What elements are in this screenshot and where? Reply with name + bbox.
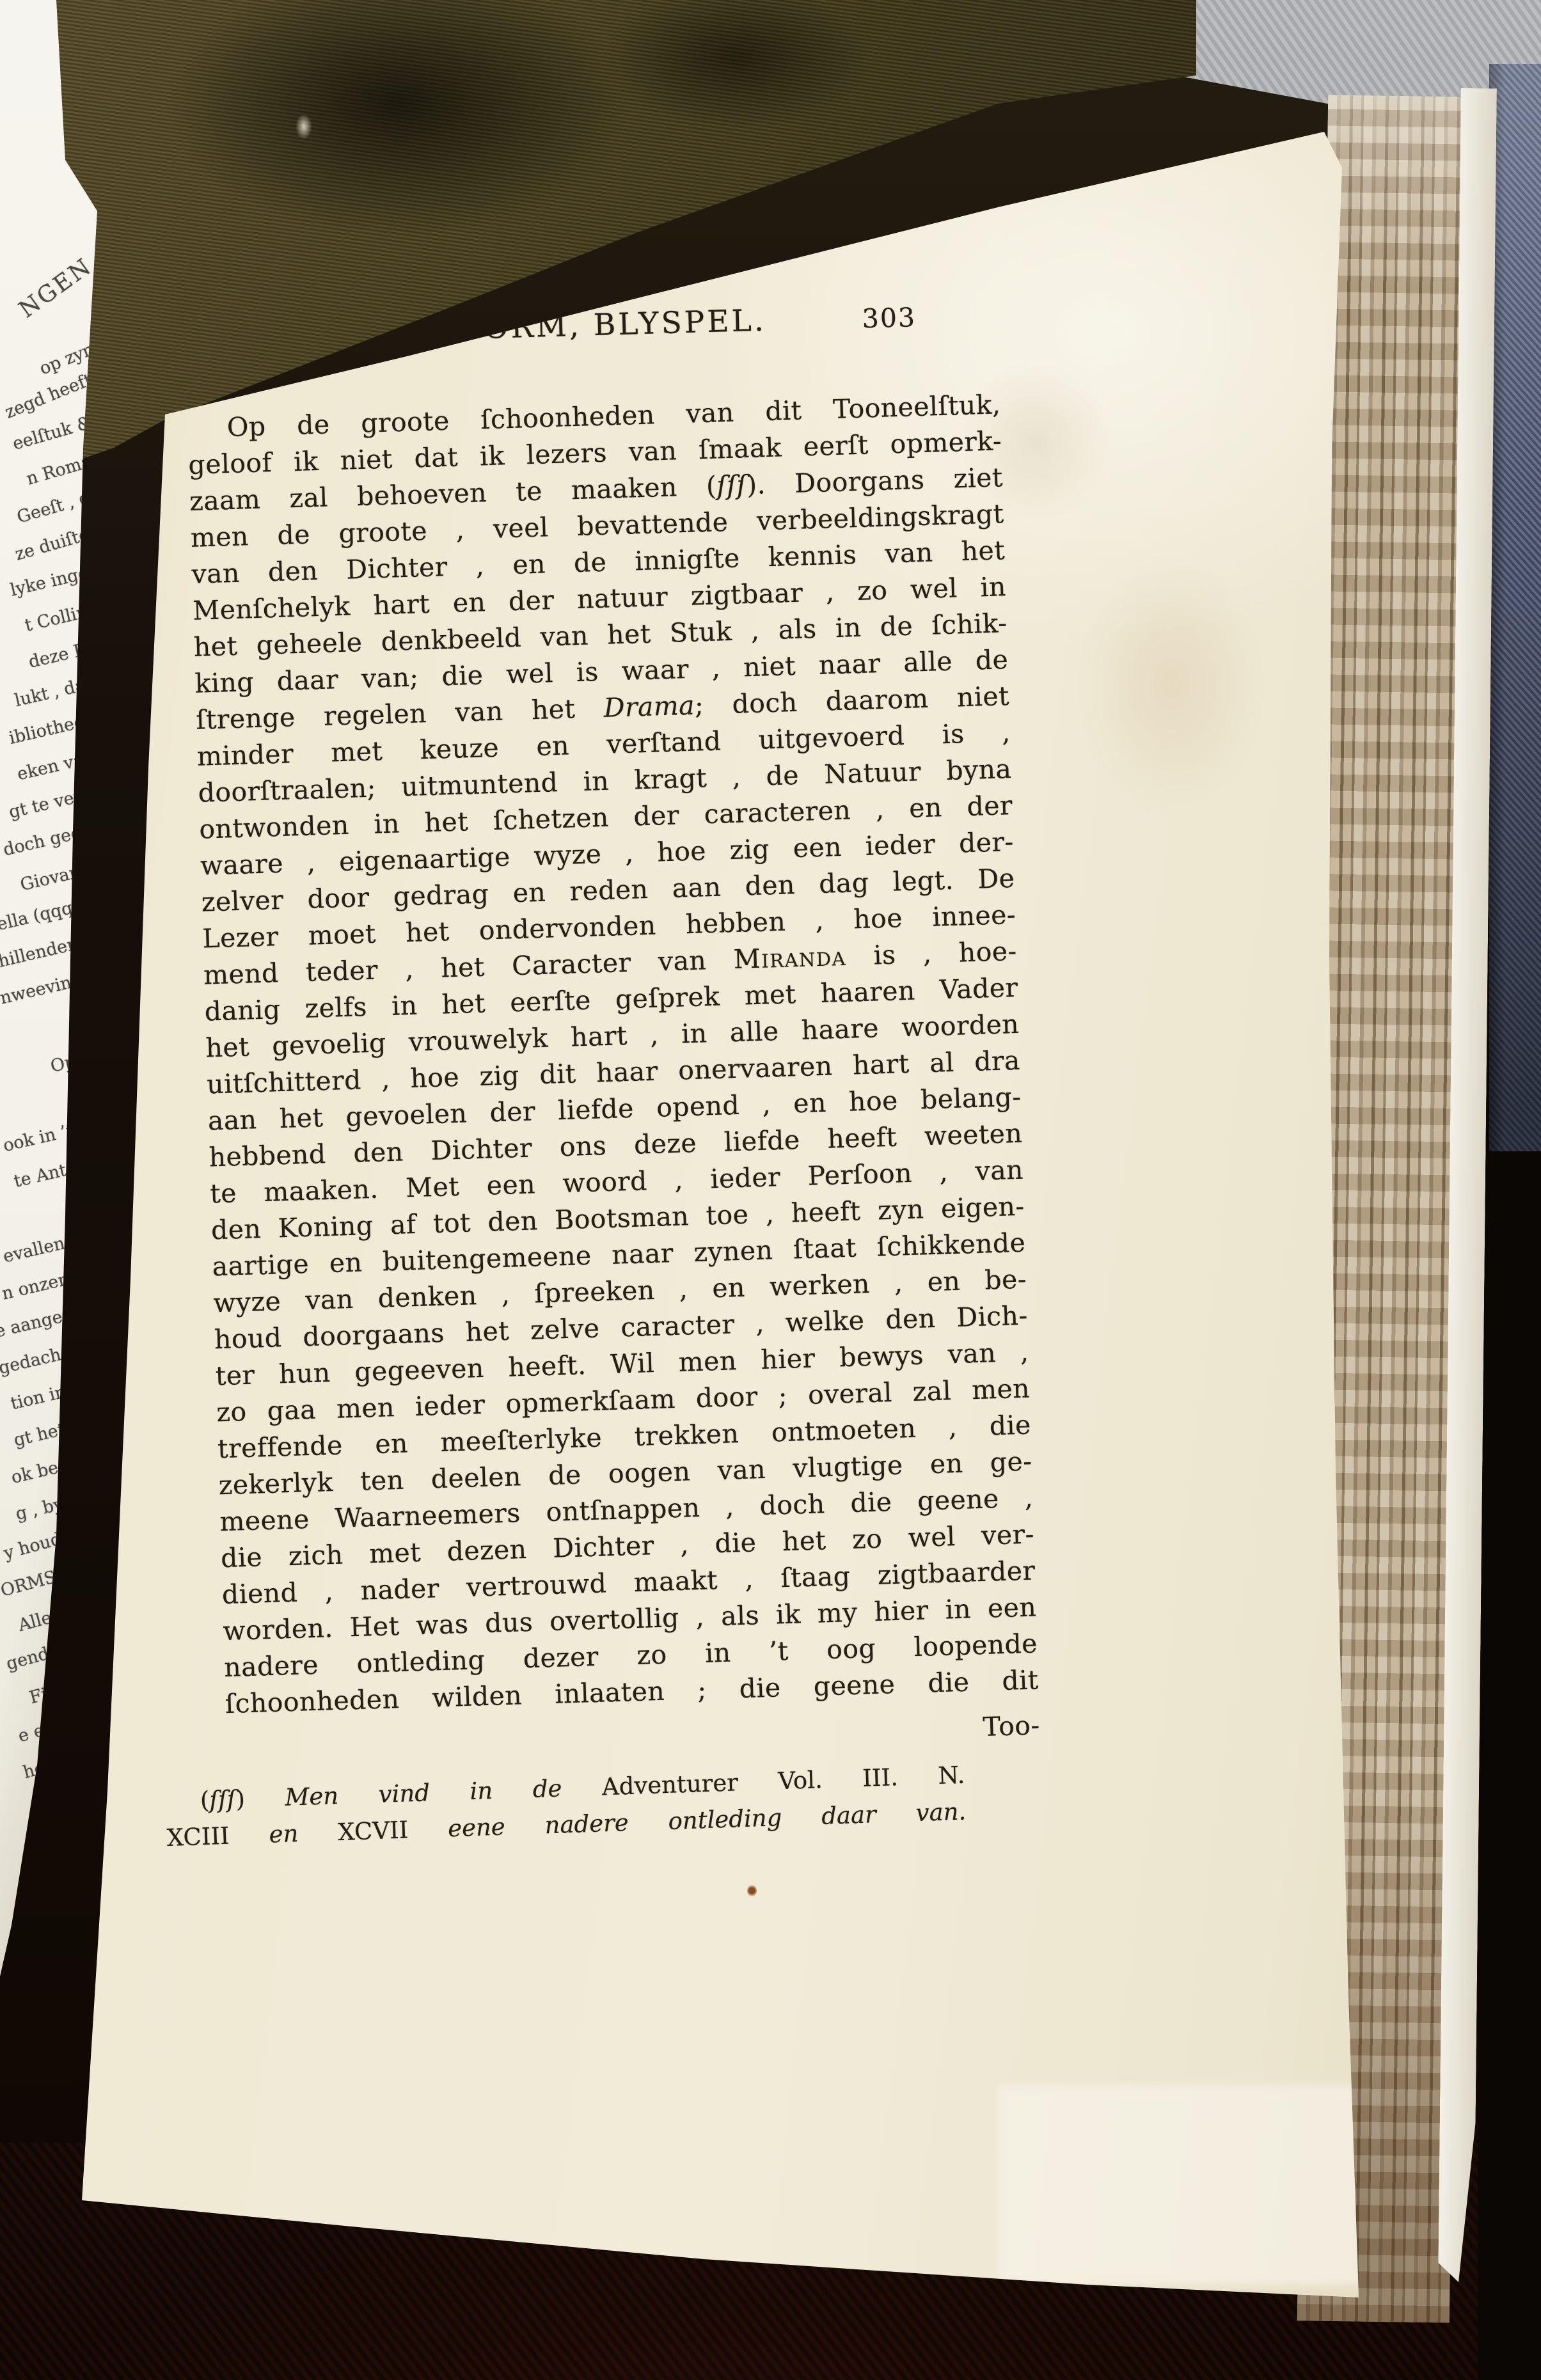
body-text: Op de groote ſchoonheden van dit Tooneel… (187, 386, 1040, 1768)
left-page-fragment: ibliothee (7, 712, 86, 748)
left-page-fragment: hillenden (0, 934, 80, 972)
left-page-fragment: evallen, (1, 1232, 72, 1266)
left-page-fragment: ella (qqq) (0, 897, 81, 935)
left-page-fragment: gedach- (0, 1343, 69, 1378)
cover-glint (296, 114, 312, 139)
foxing-stain (1075, 550, 1267, 819)
underlying-page-corner (998, 2085, 1363, 2283)
page-number: 303 (862, 302, 917, 334)
left-page-fragment: lukt , da (13, 675, 87, 711)
left-page-fragment: n onzen (0, 1269, 71, 1304)
book-photograph: NGENop zynzegd heefteelſtuk &n RomaGeeſt… (0, 0, 1541, 2380)
footnote: (ſſſ) Men vind in de Adventurer Vol. III… (165, 1757, 967, 1856)
left-page-fragment: e aange- (0, 1305, 70, 1341)
left-page-fragment: ze duiſte (13, 524, 91, 565)
left-page-fragment: ok be- (10, 1456, 66, 1488)
left-page-fragment: lyke inge (8, 563, 90, 600)
fabric-background-blue (1489, 64, 1541, 1151)
left-page-fragment: ook in ’t (1, 1121, 75, 1156)
left-page-fragment: gt te ver (7, 786, 84, 822)
left-page-fragment: eelſtuk & (10, 413, 94, 454)
left-page-fragment: nweevin- (0, 972, 79, 1009)
left-page-fragment: doch gee (1, 823, 83, 860)
rust-spot (747, 1884, 757, 1897)
left-page-fragment: NGEN (14, 253, 97, 324)
left-page-fragment: tion in (9, 1382, 68, 1414)
left-page-fragment: Geeſt , d (15, 487, 92, 527)
left-page-fragment: te Ant- (12, 1159, 74, 1192)
